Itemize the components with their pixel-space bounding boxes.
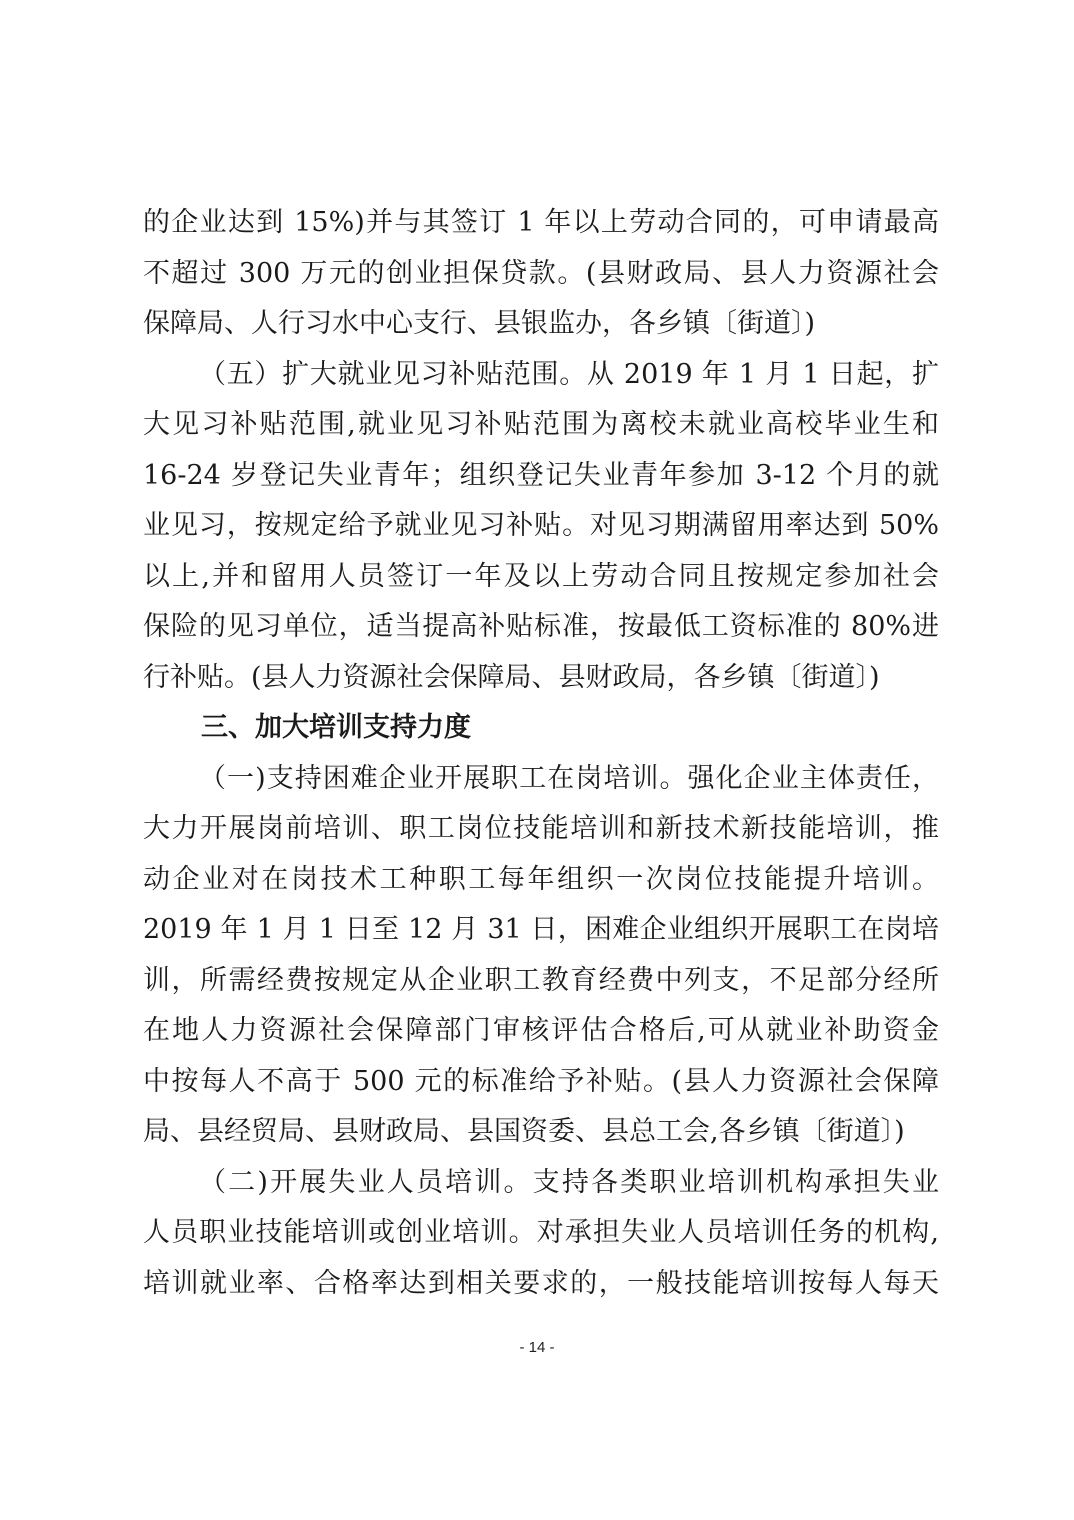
item-two-first-line: （二)开展失业人员培训。支持各类职业培训机构承担失业 bbox=[143, 1158, 939, 1209]
text-line: 人员职业技能培训或创业培训。对承担失业人员培训任务的机构, bbox=[143, 1208, 939, 1259]
text-line: 大见习补贴范围,就业见习补贴范围为离校未就业高校毕业生和 bbox=[143, 400, 939, 451]
text-line: 保险的见习单位，适当提高补贴标准，按最低工资标准的 80%进 bbox=[143, 602, 939, 653]
item-five-first-line: （五）扩大就业见习补贴范围。从 2019 年 1 月 1 日起，扩 bbox=[143, 350, 939, 401]
text-line: 大力开展岗前培训、职工岗位技能培训和新技术新技能培训，推 bbox=[143, 804, 939, 855]
body-text: 的企业达到 15%)并与其签订 1 年以上劳动合同的，可申请最高 不超过 300… bbox=[143, 198, 939, 1309]
text-line: 培训就业率、合格率达到相关要求的，一般技能培训按每人每天 bbox=[143, 1259, 939, 1310]
document-page: 的企业达到 15%)并与其签订 1 年以上劳动合同的，可申请最高 不超过 300… bbox=[0, 0, 1074, 1520]
text-line: 行补贴。(县人力资源社会保障局、县财政局，各乡镇〔街道〕) bbox=[143, 653, 939, 704]
text-line: 中按每人不高于 500 元的标准给予补贴。(县人力资源社会保障 bbox=[143, 1057, 939, 1108]
text-line: 以上,并和留用人员签订一年及以上劳动合同且按规定参加社会 bbox=[143, 552, 939, 603]
item-one-first-line: （一)支持困难企业开展职工在岗培训。强化企业主体责任， bbox=[143, 754, 939, 805]
text-line: 训，所需经费按规定从企业职工教育经费中列支，不足部分经所 bbox=[143, 956, 939, 1007]
text-line: 2019 年 1 月 1 日至 12 月 31 日，困难企业组织开展职工在岗培 bbox=[143, 905, 939, 956]
text-line: 不超过 300 万元的创业担保贷款。(县财政局、县人力资源社会 bbox=[143, 249, 939, 300]
text-line: 动企业对在岗技术工种职工每年组织一次岗位技能提升培训。 bbox=[143, 855, 939, 906]
text-line: 的企业达到 15%)并与其签订 1 年以上劳动合同的，可申请最高 bbox=[143, 198, 939, 249]
text-line: 16-24 岁登记失业青年；组织登记失业青年参加 3-12 个月的就 bbox=[143, 451, 939, 502]
text-line: 在地人力资源社会保障部门审核评估合格后,可从就业补助资金 bbox=[143, 1006, 939, 1057]
text-line: 保障局、人行习水中心支行、县银监办，各乡镇〔街道〕) bbox=[143, 299, 939, 350]
section-heading: 三、加大培训支持力度 bbox=[143, 703, 939, 754]
page-number: - 14 - bbox=[0, 1339, 1074, 1356]
text-line: 局、县经贸局、县财政局、县国资委、县总工会,各乡镇〔街道〕) bbox=[143, 1107, 939, 1158]
text-line: 业见习，按规定给予就业见习补贴。对见习期满留用率达到 50% bbox=[143, 501, 939, 552]
